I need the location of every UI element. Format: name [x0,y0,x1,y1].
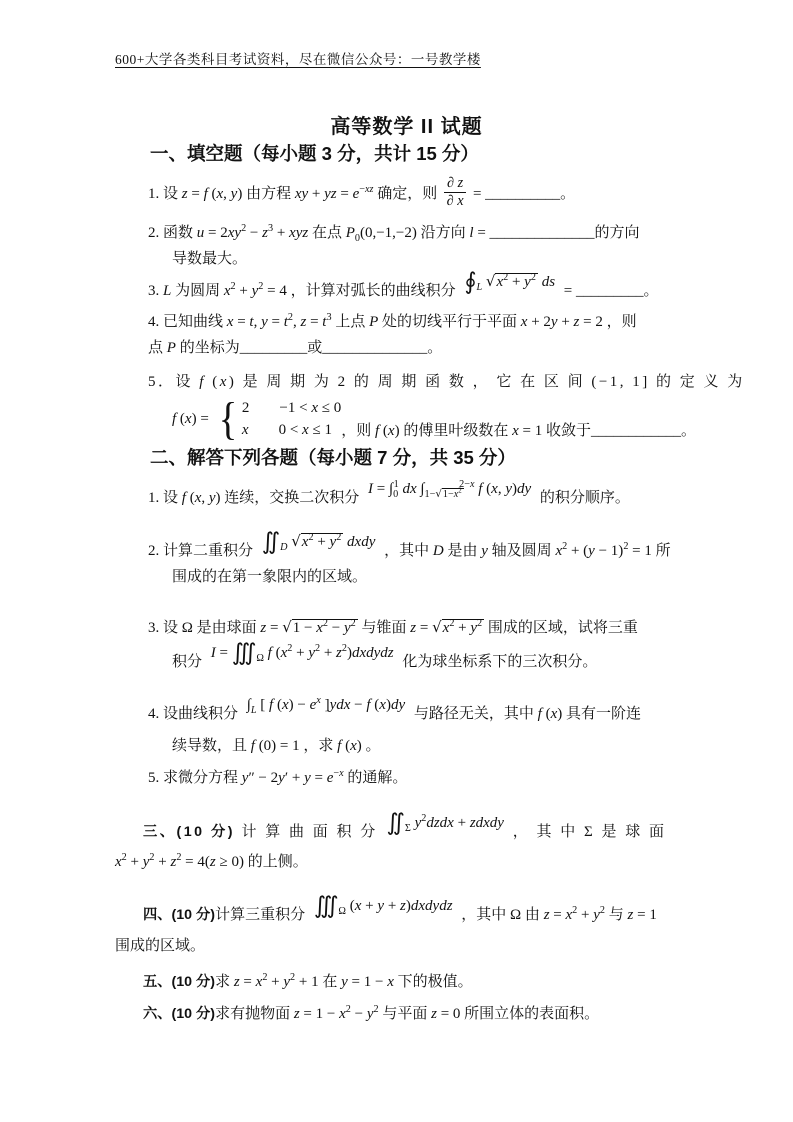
section-2-heading: 二、解答下列各题（每小题 7 分，共 35 分） [150,445,698,471]
doc-title: 高等数学 II 试题 [115,110,698,139]
header-note: 600+大学各类科目考试资料，尽在微信公众号：一号教学楼 [115,48,698,68]
section-1-heading: 一、填空题（每小题 3 分，共计 15 分） [150,141,698,167]
problem-2-2-line-2: 围成的在第一象限内的区域。 [172,564,698,590]
problem-1-5-line-1: 5．设 f (x) 是 周 期 为 2 的 周 期 函 数 ， 它 在 区 间 … [148,369,698,395]
problem-1-5-tail: ，则 f (x) 的傅里叶级数在 x = 1 收敛于____________。 [341,418,696,444]
problem-2-2-tail: ，其中 D 是由 y 轴及圆周 x2 + (y − 1)2 = 1 所 [384,543,671,559]
problem-2-4-line-1: 4. 设曲线积分 ∫L [ f (x) − ex ]ydx − f (x)dy … [148,699,698,729]
problem-4-line-1: 四、(10 分)计算三重积分 ∭Ω (x + y + z)dxdydz ，其中 … [143,899,698,931]
problem-2-5: 5. 求微分方程 y″ − 2y′ + y = e−x 的通解。 [148,765,698,791]
problem-2-1: 1. 设 f (x, y) 连续，交换二次积分 I = ∫01 dx ∫1−√1… [148,481,698,515]
piecewise-row-1: 2 −1 < x ≤ 0 [242,397,341,419]
problem-2-3-text: 积分 [172,654,202,670]
problem-1-2-line-1: 2. 函数 u = 2xy2 − z3 + xyz 在点 P0(0,−1,−2)… [148,220,698,246]
double-integral-formula: ∬D √x2 + y2 dxdy [262,528,376,555]
problem-2-4-text: 4. 设曲线积分 [148,706,238,722]
problem-1-4-line-2: 点 P 的坐标为_________或______________。 [148,335,698,361]
problem-4-line-2: 围成的区域。 [115,933,698,959]
problem-2-1-tail: 的积分顺序。 [540,490,630,506]
problem-1-4-line-1: 4. 已知曲线 x = t, y = t2, z = t3 上点 P 处的切线平… [148,309,698,335]
problem-2-4-tail: 与路径无关，其中 f (x) 具有一阶连 [414,706,641,722]
arc-length-integral-formula: ∮L √x2 + y2 ds [464,265,555,298]
problem-2-3-line-2: 积分 I = ∭Ω f (x2 + y2 + z2)dxdydz 化为球坐标系下… [172,647,698,677]
problem-4-text: 四、(10 分)计算三重积分 [143,907,305,923]
problem-3-text: 三、(10 分) 计 算 曲 面 积 分 [143,824,378,840]
problem-1-2-line-2: 导数最大。 [172,246,698,272]
piecewise-lhs: f (x) = [172,406,209,432]
problem-2-3-line-1: 3. 设 Ω 是由球面 z = √1 − x2 − y2 与锥面 z = √x2… [148,614,698,641]
problem-3-line-1: 三、(10 分) 计 算 曲 面 积 分 ∬Σ y2dzdx + zdxdy ，… [143,817,698,847]
problem-2-4-line-2: 续导数，且 f (0) = 1 ，求 f (x) 。 [172,733,698,759]
piecewise-row-2: x 0 < x ≤ 1 [242,419,341,441]
piecewise-brace: { [218,398,237,439]
double-iterated-integral-formula: I = ∫01 dx ∫1−√1−x22−x f (x, y)dy [368,472,531,506]
problem-5: 五、(10 分)求 z = x2 + y2 + 1 在 y = 1 − x 下的… [143,969,698,995]
problem-1-1: 1. 设 z = f (x, y) 由方程 xy + yz = e−xz 确定，… [148,177,698,212]
surface-integral-formula: ∬Σ y2dzdx + zdxdy [387,808,504,838]
problem-2-1-text: 1. 设 f (x, y) 连续，交换二次积分 [148,490,359,506]
triple-integral-formula: I = ∭Ω f (x2 + y2 + z2)dxdydz [211,638,394,668]
problem-1-3-blank: = _________。 [564,283,659,299]
problem-2-2-text: 2. 计算二重积分 [148,543,253,559]
problem-1-5-piecewise: f (x) = { 2 −1 < x ≤ 0 x 0 < x ≤ 1 ，则 f … [172,397,698,441]
problem-3-tail: ， 其 中 Σ 是 球 面 [513,824,667,840]
problem-6: 六、(10 分)求有抛物面 z = 1 − x2 − y2 与平面 z = 0 … [143,1001,698,1027]
problem-3-line-2: x2 + y2 + z2 = 4(z ≥ 0) 的上侧。 [115,849,698,875]
piecewise-rows: 2 −1 < x ≤ 0 x 0 < x ≤ 1 [242,397,341,441]
curve-integral-formula: ∫L [ f (x) − ex ]ydx − f (x)dy [247,690,405,720]
triple-integral-formula-2: ∭Ω (x + y + z)dxdydz [314,890,453,922]
problem-1-3-text: 3. L 为圆周 x2 + y2 = 4 ，计算对弧长的曲线积分 [148,283,456,299]
problem-4-tail: ，其中 Ω 由 z = x2 + y2 与 z = 1 [461,907,657,923]
problem-2-3-tail: 化为球坐标系下的三次积分。 [402,654,597,670]
document-page: 600+大学各类科目考试资料，尽在微信公众号：一号教学楼 高等数学 II 试题 … [0,0,793,1122]
problem-1-3: 3. L 为圆周 x2 + y2 = 4 ，计算对弧长的曲线积分 ∮L √x2 … [148,274,698,307]
problem-2-2-line-1: 2. 计算二重积分 ∬D √x2 + y2 dxdy ，其中 D 是由 y 轴及… [148,537,698,564]
